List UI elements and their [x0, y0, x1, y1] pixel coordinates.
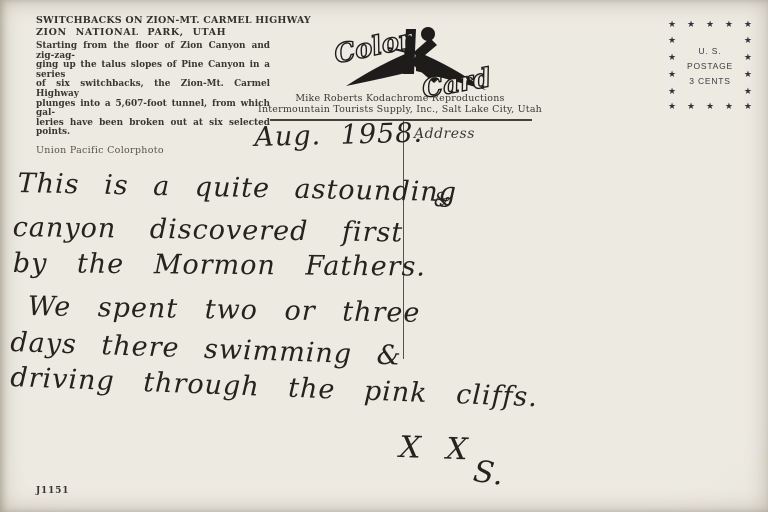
star-icon: ★	[744, 53, 752, 63]
star-icon: ★	[668, 87, 676, 97]
star-icon: ★	[744, 102, 752, 112]
star-icon: ★	[744, 20, 752, 30]
message-line: We spent two or three	[27, 291, 420, 329]
photo-description-block: SWITCHBACKS ON ZION-MT. CARMEL HIGHWAY Z…	[36, 15, 270, 156]
star-icon: ★	[687, 20, 695, 30]
description-line: leries have been broken out at six selec…	[36, 119, 270, 138]
stamp-line-postage: POSTAGE	[687, 59, 733, 74]
description-line: ging up the talus slopes of Pine Canyon …	[36, 61, 270, 80]
star-icon: ★	[687, 102, 695, 112]
star-icon: ★	[668, 36, 676, 46]
publisher-line2: Intermountain Tourists Supply, Inc., Sal…	[250, 104, 550, 115]
message-line: by the Mormon Fathers.	[13, 248, 426, 283]
stamp-star-row-bottom: ★ ★ ★ ★ ★	[666, 102, 754, 112]
message-line: This is a quite astounding	[17, 168, 457, 208]
photo-credit: Union Pacific Colorphoto	[36, 145, 270, 156]
description-line: plunges into a 5,607-foot tunnel, from w…	[36, 100, 270, 119]
star-icon: ★	[668, 70, 676, 80]
handwritten-date: Aug. 1958.	[254, 118, 423, 153]
crossed-out-mark: &	[432, 188, 453, 212]
star-icon: ★	[744, 36, 752, 46]
stamp-line-cents: 3 CENTS	[687, 74, 733, 89]
publisher-line1: Mike Roberts Kodachrome Reproductions	[250, 93, 550, 104]
stamp-star-row-top: ★ ★ ★ ★ ★	[666, 20, 754, 30]
stamp-text: U. S. POSTAGE 3 CENTS	[687, 32, 733, 100]
stamp-star-col-left: ★ ★ ★ ★	[668, 32, 676, 100]
star-icon: ★	[725, 20, 733, 30]
publisher-caption: Mike Roberts Kodachrome Reproductions In…	[250, 93, 550, 115]
card-title-line2: ZION NATIONAL PARK, UTAH	[36, 27, 270, 39]
message-line: canyon discovered first	[13, 212, 404, 248]
star-icon: ★	[668, 20, 676, 30]
signature-initial: S.	[471, 454, 507, 493]
star-icon: ★	[706, 102, 714, 112]
stamp-star-col-right: ★ ★ ★ ★	[744, 32, 752, 100]
postcard-back: SWITCHBACKS ON ZION-MT. CARMEL HIGHWAY Z…	[0, 0, 768, 512]
star-icon: ★	[725, 102, 733, 112]
kisses-xx: X X	[399, 430, 469, 467]
description-line: of six switchbacks, the Zion-Mt. Carmel …	[36, 80, 270, 99]
stamp-line-us: U. S.	[687, 44, 733, 59]
card-description: Starting from the floor of Zion Canyon a…	[36, 42, 270, 138]
catalog-number: J1151	[36, 486, 69, 496]
star-icon: ★	[668, 102, 676, 112]
colorcard-logo-icon: Color Card	[330, 24, 502, 98]
star-icon: ★	[668, 53, 676, 63]
colorcard-logo: Color Card	[330, 24, 502, 98]
postage-stamp-box: ★ ★ ★ ★ ★ ★ ★ ★ ★ U. S. POSTAGE 3 CENTS …	[666, 20, 754, 112]
message-line: driving through the pink cliffs.	[10, 362, 539, 413]
star-icon: ★	[744, 70, 752, 80]
description-line: Starting from the floor of Zion Canyon a…	[36, 42, 270, 61]
star-icon: ★	[706, 20, 714, 30]
star-icon: ★	[744, 87, 752, 97]
card-title-line1: SWITCHBACKS ON ZION-MT. CARMEL HIGHWAY	[36, 15, 270, 27]
